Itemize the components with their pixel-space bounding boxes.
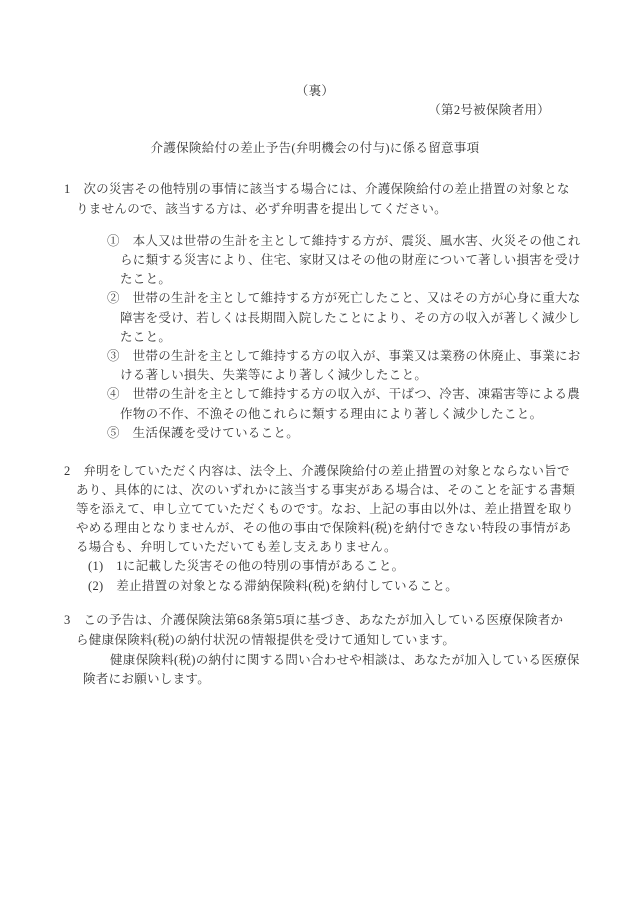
section-2-line: やめる理由となりませんが、その他の事由で保険料(税)を納付できない特段の事情があ bbox=[76, 518, 571, 538]
numbered-item-line: らに類する災害により、住宅、家財又はその他の財産について著しい損害を受け bbox=[120, 250, 581, 270]
section-3-line: 3 この予告は、介護保険法第68条第5項に基づき、あなたが加入している医療保険者… bbox=[64, 610, 563, 630]
section-3-line: 険者にお願いします。 bbox=[83, 669, 210, 689]
numbered-item-line: たこと。 bbox=[120, 269, 171, 289]
numbered-item-line: ⑤ 生活保護を受けていること。 bbox=[107, 423, 299, 443]
backside-label: （裏） bbox=[0, 81, 630, 101]
sub-item-line: (1) 1に記載した災害その他の特別の事情があること。 bbox=[88, 556, 404, 576]
section-2-line: 等を添えて、申し立てていただくものです。なお、上記の事由以外は、差止措置を取り bbox=[76, 499, 574, 519]
numbered-item-line: たこと。 bbox=[120, 327, 171, 347]
numbered-item-line: ④ 世帯の生計を主として維持する方の収入が、干ばつ、冷害、凍霜害等による農 bbox=[107, 384, 580, 404]
section-2-line: る場合も、弁明していただいても差し支えありません。 bbox=[76, 537, 397, 557]
section-2-line: あり、具体的には、次のいずれかに該当する事実がある場合は、そのことを証する書類 bbox=[76, 480, 575, 500]
numbered-item-line: ける著しい損失、失業等により著しく減少したこと。 bbox=[120, 365, 427, 385]
numbered-item-line: ③ 世帯の生計を主として維持する方の収入が、事業又は業務の休廃止、事業にお bbox=[107, 346, 581, 366]
document-title: 介護保険給付の差止予告(弁明機会の付与)に係る留意事項 bbox=[0, 138, 630, 158]
document-page: （裏） （第2号被保険者用） 介護保険給付の差止予告(弁明機会の付与)に係る留意… bbox=[0, 0, 630, 915]
section-3-line: ら健康保険料(税)の納付状況の情報提供を受けて通知しています。 bbox=[76, 630, 455, 650]
section-2-line: 2 弁明をしていただく内容は、法令上、介護保険給付の差止措置の対象とならない旨で bbox=[64, 461, 570, 481]
section-1-line: りませんので、該当する方は、必ず弁明書を提出してください。 bbox=[76, 199, 447, 219]
numbered-item-line: 作物の不作、不漁その他これらに類する理由により著しく減少したこと。 bbox=[120, 404, 542, 424]
numbered-item-line: ① 本人又は世帯の生計を主として維持する方が、震災、風水害、火災その他これ bbox=[107, 231, 581, 251]
audience-label: （第2号被保険者用） bbox=[428, 100, 550, 120]
section-1-line: 1 次の災害その他特別の事情に該当する場合には、介護保険給付の差止措置の対象とな bbox=[64, 179, 570, 199]
sub-item-line: (2) 差止措置の対象となる滞納保険料(税)を納付していること。 bbox=[88, 576, 458, 596]
numbered-item-line: 障害を受け、若しくは長期間入院したことにより、その方の収入が著しく減少し bbox=[120, 308, 580, 328]
section-3-line: 健康保険料(税)の納付に関する問い合わせや相談は、あなたが加入している医療保 bbox=[110, 650, 580, 670]
numbered-item-line: ② 世帯の生計を主として維持する方が死亡したこと、又はその方が心身に重大な bbox=[107, 288, 581, 308]
